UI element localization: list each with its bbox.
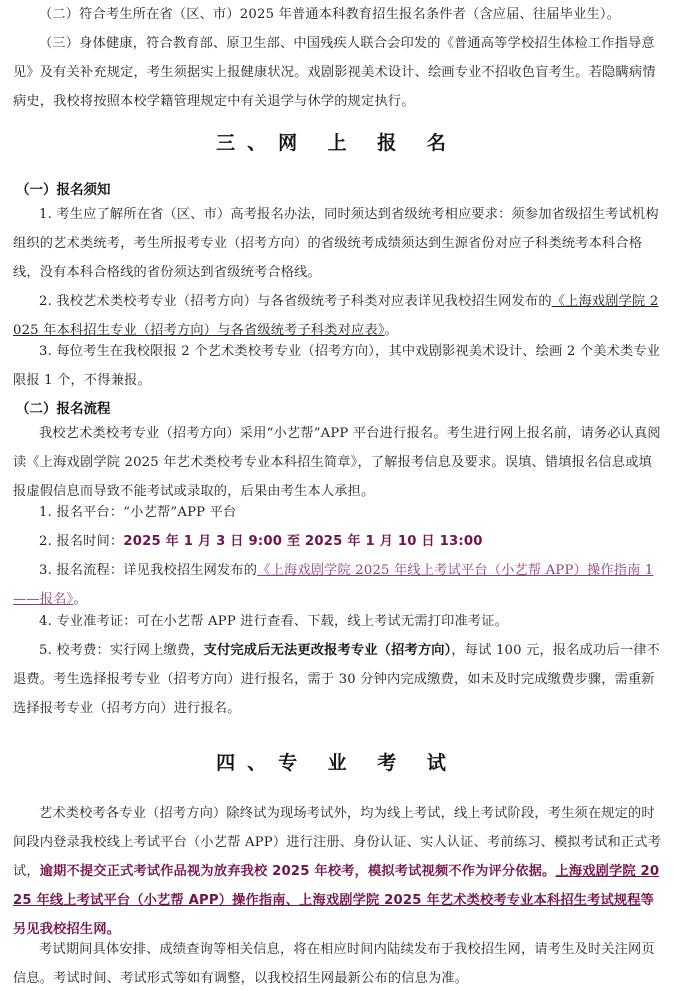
registration-note-3: 3. 每位考生在我校限报 2 个艺术类校考专业（招考方向），其中戏剧影视美术设计… xyxy=(13,337,663,395)
exam-fee-warning: 支付完成后无法更改报考专业（招考方向） xyxy=(204,643,452,658)
registration-note-1: 1. 考生应了解所在省（区、市）高考报名办法，同时须达到省级统考相应要求：须参加… xyxy=(13,200,663,287)
exam-fee-info: 5. 校考费：实行网上缴费，支付完成后无法更改报考专业（招考方向），每试 100… xyxy=(13,636,663,723)
deadline-warning: 逾期不提交正式考试作品视为放弃我校 2025 年校考，模拟考试视频不作为评分依据… xyxy=(40,864,556,879)
eligibility-item-2: （二）符合考生所在省（区、市）2025 年普通本科教育招生报名条件者（含应届、往… xyxy=(13,0,663,29)
registration-process-intro: 我校艺术类校考专业（招考方向）采用“小艺帮”APP 平台进行报名。考生进行网上报… xyxy=(13,419,663,506)
professional-exam-description: 艺术类校考各专业（招考方向）除终试为现场考试外，均为线上考试，线上考试阶段，考生… xyxy=(13,799,663,944)
registration-time-label: 2. 报名时间： xyxy=(39,534,123,549)
registration-procedure: 3. 报名流程：详见我校招生网发布的《上海戏剧学院 2025 年线上考试平台（小… xyxy=(13,556,663,614)
registration-procedure-suffix: 。 xyxy=(73,592,86,607)
section-heading-online-registration: 三、网 上 报 名 xyxy=(0,128,674,155)
registration-procedure-text: 3. 报名流程：详见我校招生网发布的 xyxy=(39,563,257,578)
registration-time: 2. 报名时间：2025 年 1 月 3 日 9:00 至 2025 年 1 月… xyxy=(13,527,663,556)
admission-ticket-info: 4. 专业准考证：可在小艺帮 APP 进行查看、下载，线上考试无需打印准考证。 xyxy=(13,607,663,636)
registration-platform: 1. 报名平台：“小艺帮”APP 平台 xyxy=(13,498,663,527)
registration-note-2-suffix: 。 xyxy=(385,323,398,338)
exam-fee-text: 5. 校考费：实行网上缴费， xyxy=(39,643,204,658)
eligibility-item-3: （三）身体健康，符合教育部、原卫生部、中国残疾人联合会印发的《普通高等学校招生体… xyxy=(13,29,663,116)
registration-time-value: 2025 年 1 月 3 日 9:00 至 2025 年 1 月 10 日 13… xyxy=(123,534,482,549)
registration-note-2-text: 2. 我校艺术类校考专业（招考方向）与各省级统考子科类对应表详见我校招生网发布的 xyxy=(39,294,552,309)
section-heading-professional-exam: 四、专 业 考 试 xyxy=(0,748,674,775)
subsection-heading-registration-notes: （一）报名须知 xyxy=(16,178,111,198)
exam-schedule-notice: 考试期间具体安排、成绩查询等相关信息，将在相应时间内陆续发布于我校招生网，请考生… xyxy=(13,935,663,991)
subsection-heading-registration-process: （二）报名流程 xyxy=(16,397,111,417)
